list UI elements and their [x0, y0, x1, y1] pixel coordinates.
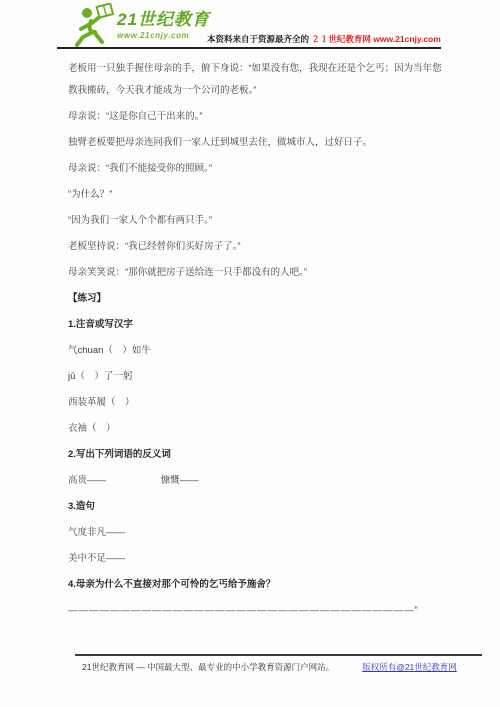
story-paragraph: 独臂老板要把母亲连同我们一家人迁到城里去住，做城市人，过好日子。: [68, 132, 446, 154]
brand-name: 21世纪教育: [117, 11, 210, 30]
runner-with-book-icon: [70, 3, 116, 49]
question-3-title: 3.造句: [68, 496, 446, 518]
header-tagline: 本资料来自于资源最齐全的 ２１世纪教育网 www.21cnjy.com: [207, 33, 441, 45]
antonym-pair: 慷慨——: [161, 475, 199, 486]
antonym-pair: 高贵——: [68, 470, 158, 492]
tagline-brand-link[interactable]: ２１世纪教育网 www.21cnjy.com: [311, 34, 440, 44]
question-2-pairs: 高贵—— 慷慨——: [68, 470, 446, 492]
question-3-item: 气度非凡——: [68, 522, 446, 544]
tagline-prefix: 本资料来自于资源最齐全的: [207, 34, 309, 44]
exercises-section-title: 【练习】: [68, 288, 446, 310]
story-paragraph: “因为我们一家人个个都有两只手。”: [68, 210, 446, 232]
header-divider: [57, 47, 441, 49]
worksheet-page: 21世纪教育 www.21cnjy.com 本资料来自于资源最齐全的 ２１世纪教…: [0, 0, 500, 707]
story-paragraph: 老板坚持说：“我已经替你们买好房子了。”: [68, 236, 446, 258]
story-paragraph: 母亲笑笑说：“那你就把房子送给连一只手都没有的人吧。”: [68, 262, 446, 284]
question-2-title: 2.写出下列词语的反义词: [68, 444, 446, 466]
footer-site-info: 21世纪教育网 — 中国最大型、最专业的中小学教育资源门户网站。: [82, 662, 334, 672]
footer-copyright-link[interactable]: 版权所有@21世纪教育网: [362, 662, 457, 672]
brand-url: www.21cnjy.com: [117, 31, 210, 40]
story-paragraph: 母亲说：“我们不能接受你的照顾。”: [68, 158, 446, 180]
footer-divider: [75, 654, 482, 656]
story-paragraph: “为什么？”: [68, 184, 446, 206]
answer-blank-line: —————————————————————————————————”: [68, 600, 446, 622]
question-1-item: 衣袖（ ）: [68, 418, 446, 440]
question-1-item: jū（ ）了一躬: [68, 366, 446, 388]
question-1-title: 1.注音或写汉字: [68, 314, 446, 336]
question-1-item: 西装革履（ ）: [68, 392, 446, 414]
question-4-title: 4.母亲为什么不直接对那个可怜的乞丐给予施舍？: [68, 574, 446, 596]
page-footer: 21世纪教育网 — 中国最大型、最专业的中小学教育资源门户网站。版权所有@21世…: [82, 661, 482, 673]
question-3-item: 美中不足——: [68, 548, 446, 570]
question-1-item: 气chuan（ ）如牛: [68, 340, 446, 362]
story-paragraph: 老板用一只独手握住母亲的手，俯下身说：“如果没有您，我现在还是个乞丐；因为当年您…: [68, 58, 446, 102]
logo-text-block: 21世纪教育 www.21cnjy.com: [117, 11, 210, 40]
worksheet-content: 老板用一只独手握住母亲的手，俯下身说：“如果没有您，我现在还是个乞丐；因为当年您…: [68, 58, 446, 626]
story-paragraph: 母亲说：“这是你自己干出来的。”: [68, 106, 446, 128]
site-logo: 21世纪教育 www.21cnjy.com: [70, 3, 210, 49]
